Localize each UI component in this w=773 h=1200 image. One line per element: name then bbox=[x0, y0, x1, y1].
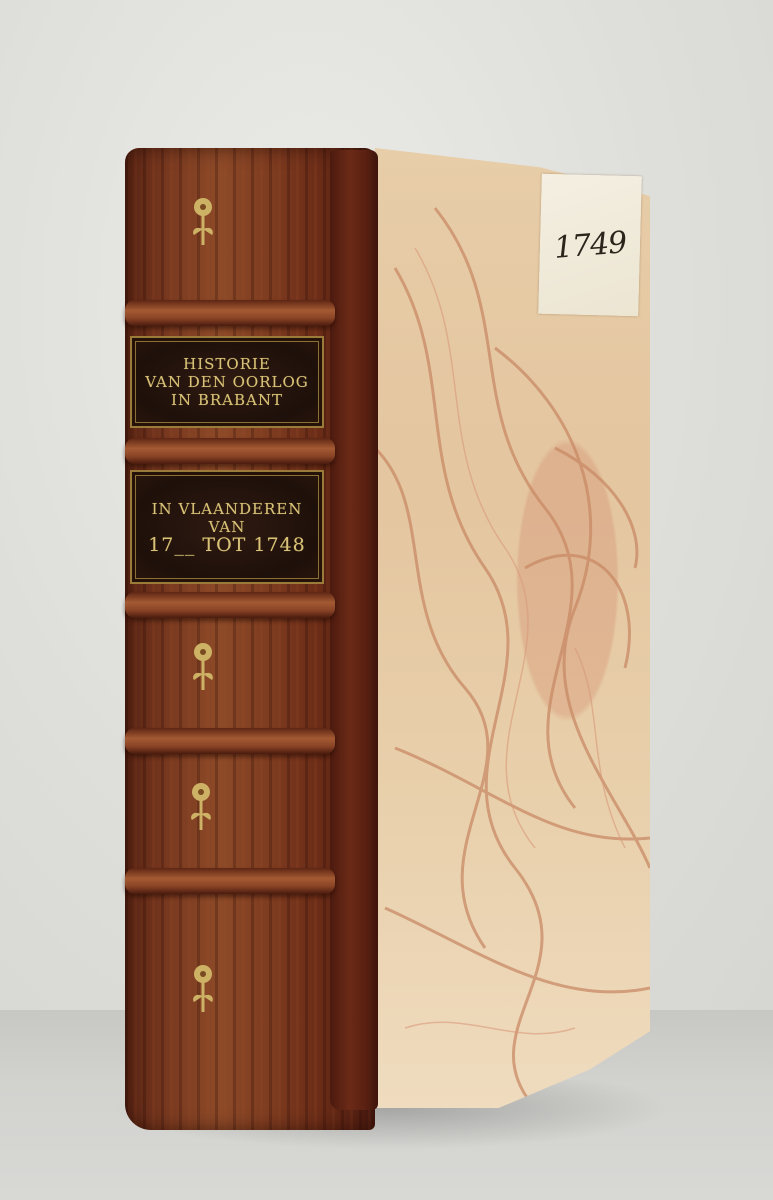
gilt-flower-icon bbox=[188, 640, 218, 696]
raised-band-3 bbox=[125, 592, 335, 618]
title-line-3: IN BRABANT bbox=[132, 391, 322, 409]
spine-joint bbox=[330, 150, 378, 1110]
raised-band-1 bbox=[125, 300, 335, 326]
title-line-1: HISTORIE bbox=[132, 355, 322, 373]
spine-subtitle-label: IN VLAANDEREN VAN 17__ TOT 1748 bbox=[130, 470, 324, 584]
gilt-flower-icon bbox=[186, 780, 216, 836]
raised-band-5 bbox=[125, 868, 335, 894]
title-line-2: VAN DEN OORLOG bbox=[132, 373, 322, 391]
raised-band-2 bbox=[125, 438, 335, 464]
paper-date-label: 1749 bbox=[538, 174, 642, 317]
spine-title-label: HISTORIE VAN DEN OORLOG IN BRABANT bbox=[130, 336, 324, 428]
gilt-flower-icon bbox=[188, 195, 218, 251]
subtitle-line-3: 17__ TOT 1748 bbox=[132, 536, 322, 554]
date-text: 1749 bbox=[553, 225, 628, 266]
subtitle-line-1: IN VLAANDEREN bbox=[132, 500, 322, 518]
raised-band-4 bbox=[125, 728, 335, 754]
gilt-flower-icon bbox=[188, 962, 218, 1018]
